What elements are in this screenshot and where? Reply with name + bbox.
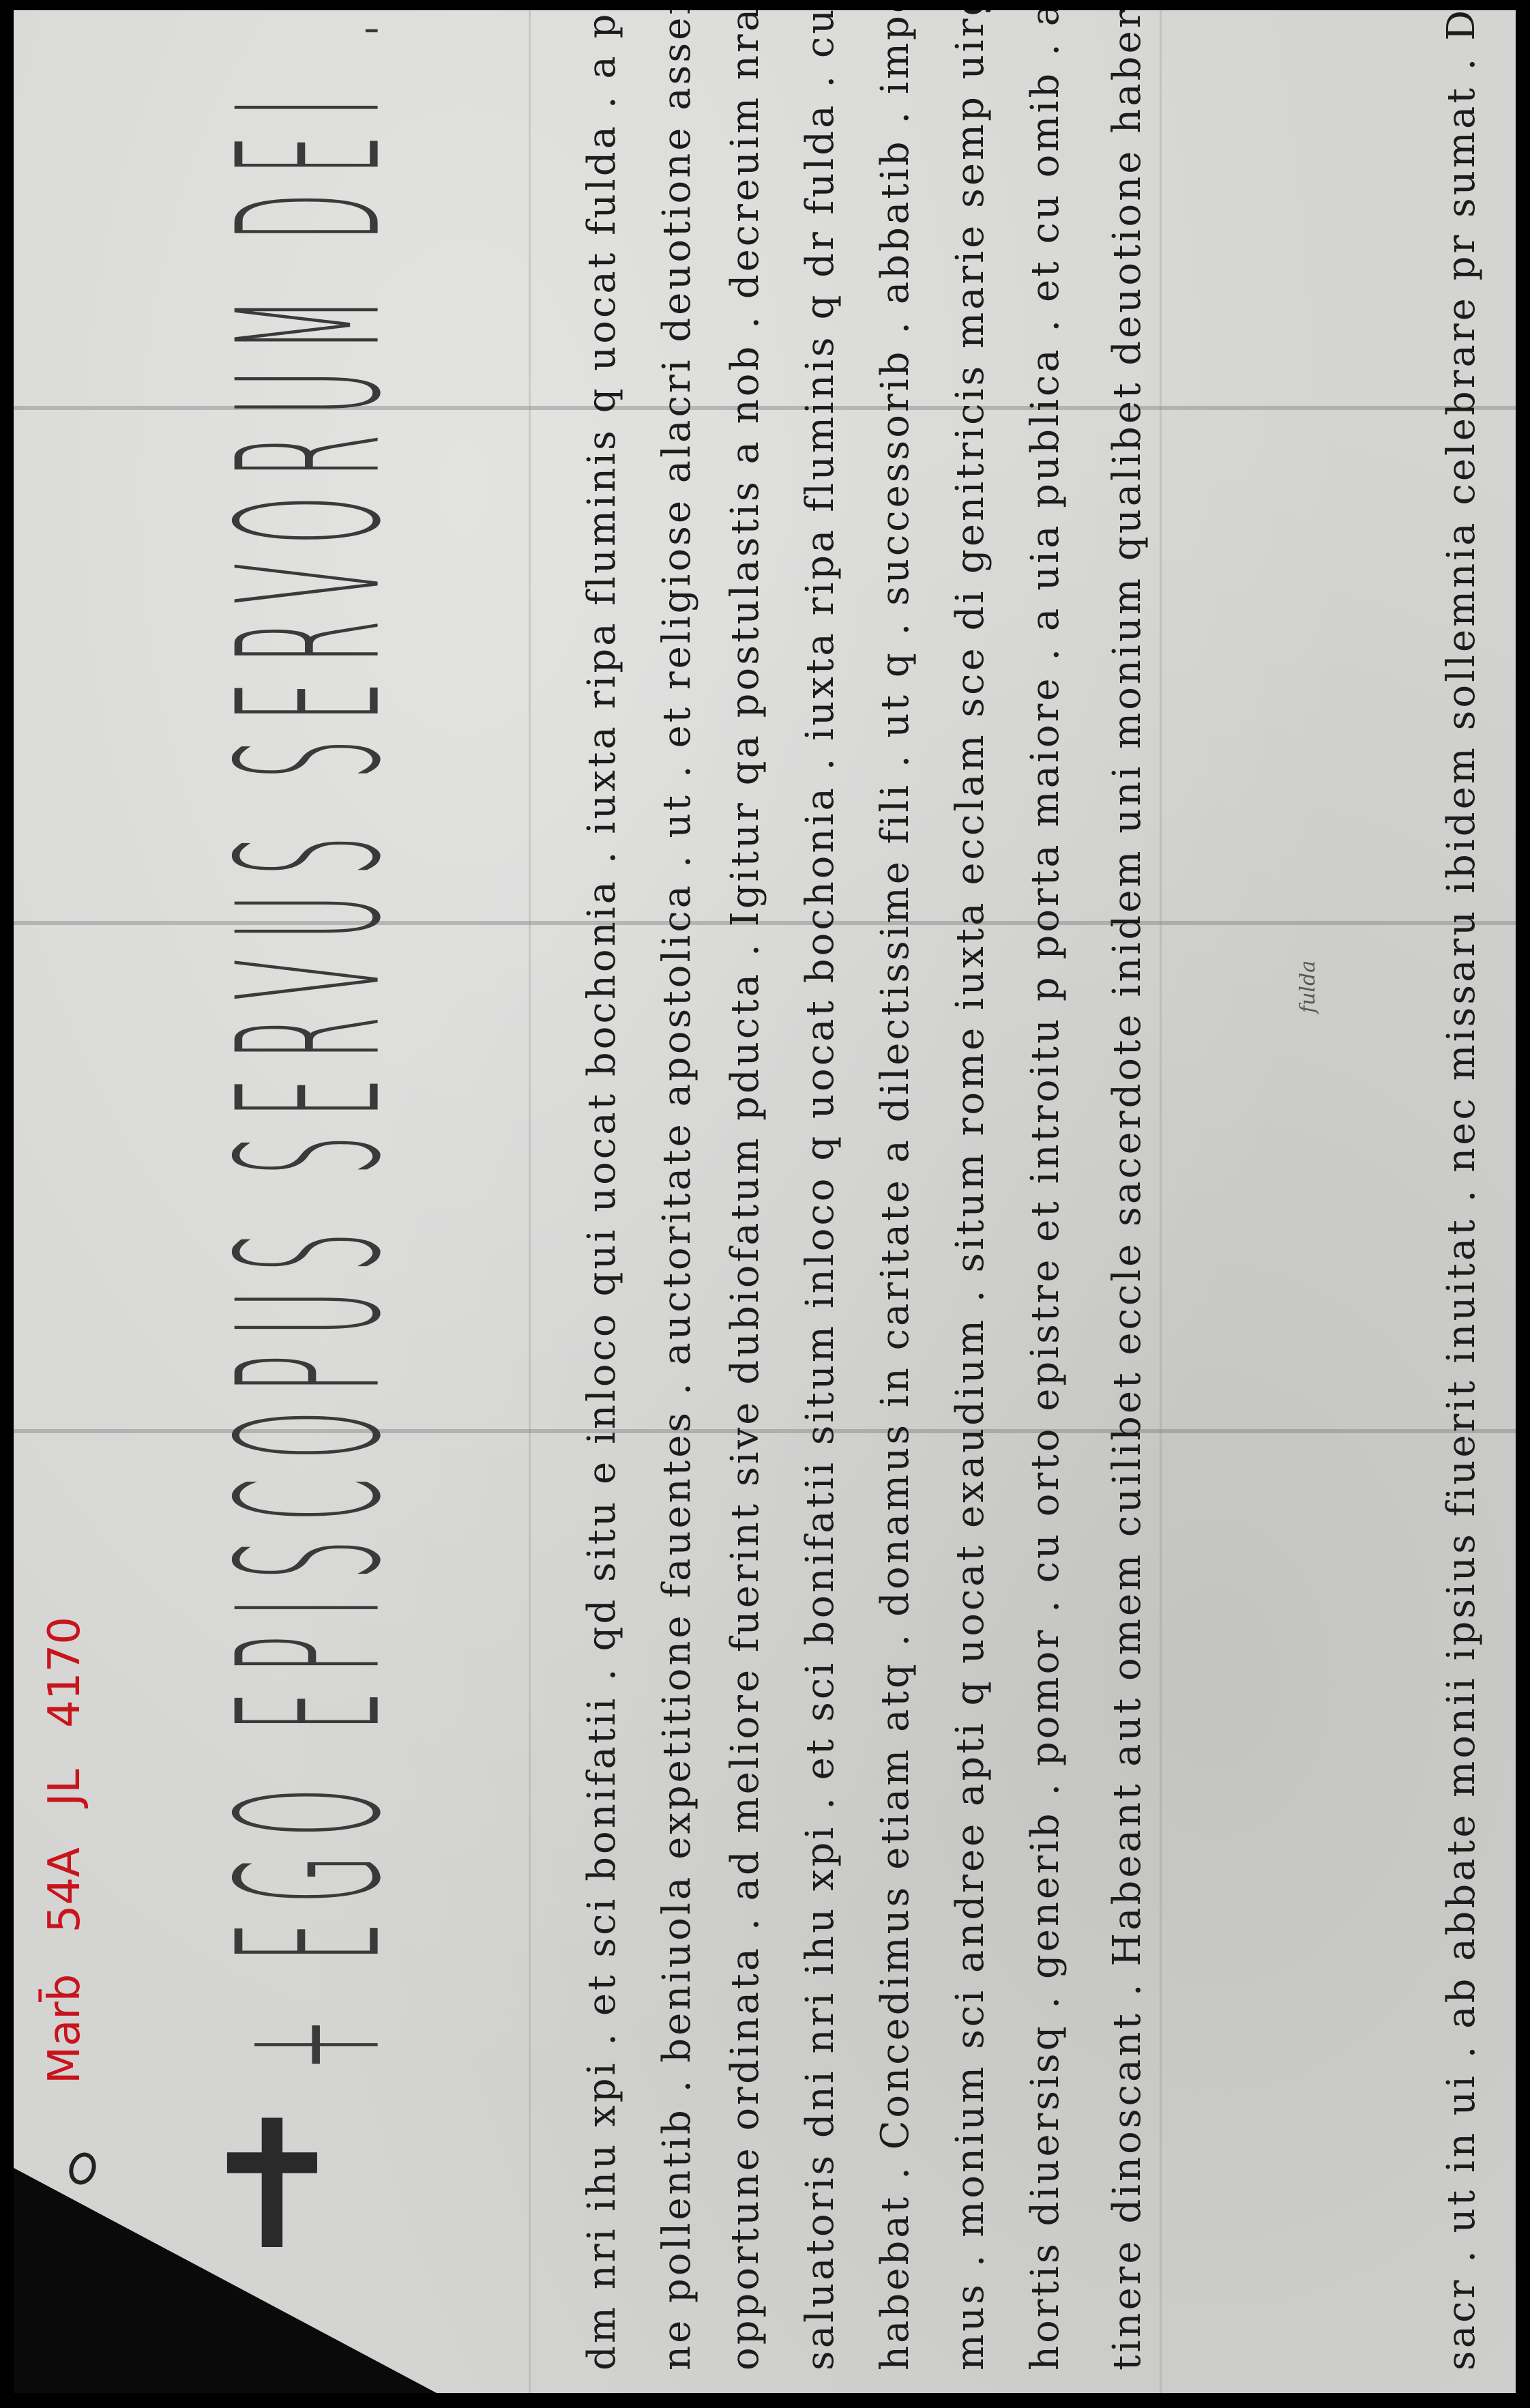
text-line-3: opportune ordinata . ad meliore fuerint …: [723, 10, 767, 2370]
cross-icon: ✝: [198, 2098, 347, 2275]
text-line-7: hortis diuersisq . generib . pomor . cu …: [1023, 10, 1068, 2370]
text-line-6: mus . monium sci andree apti q uocat exa…: [948, 10, 992, 2370]
text-line-2: ne pollentib . beniuola expetitione faue…: [655, 10, 699, 2370]
fold-line: [1160, 10, 1162, 2393]
elongated-script-line: + EGO EPISCOPUS SERVUS SERVORUM DEI . EC…: [196, 10, 426, 2070]
charter-parchment: Marb̄ 54A JL 4170 ✝ + EGO EPISCOPUS SERV…: [14, 10, 1516, 2393]
text-line-9: sacr . ut in ui . ab abbate monii ipsius…: [1439, 10, 1484, 2370]
interlinear-gloss: fulda: [1296, 960, 1320, 1013]
text-line-8: tinere dinoscant . Habeant aut omem cuil…: [1105, 10, 1149, 2370]
text-line-5: habebat . Concedimus etiam atq . donamus…: [873, 10, 917, 2370]
text-line-1: dm nri ihu xpi . et sci bonifatii . qd s…: [580, 10, 624, 2370]
text-line-4: saluatoris dni nri ihu xpi . et sci boni…: [798, 10, 842, 2370]
ink-ring-mark: [65, 2149, 100, 2188]
fold-line: [529, 10, 531, 2393]
archival-annotation: Marb̄ 54A JL 4170: [40, 1617, 90, 2084]
